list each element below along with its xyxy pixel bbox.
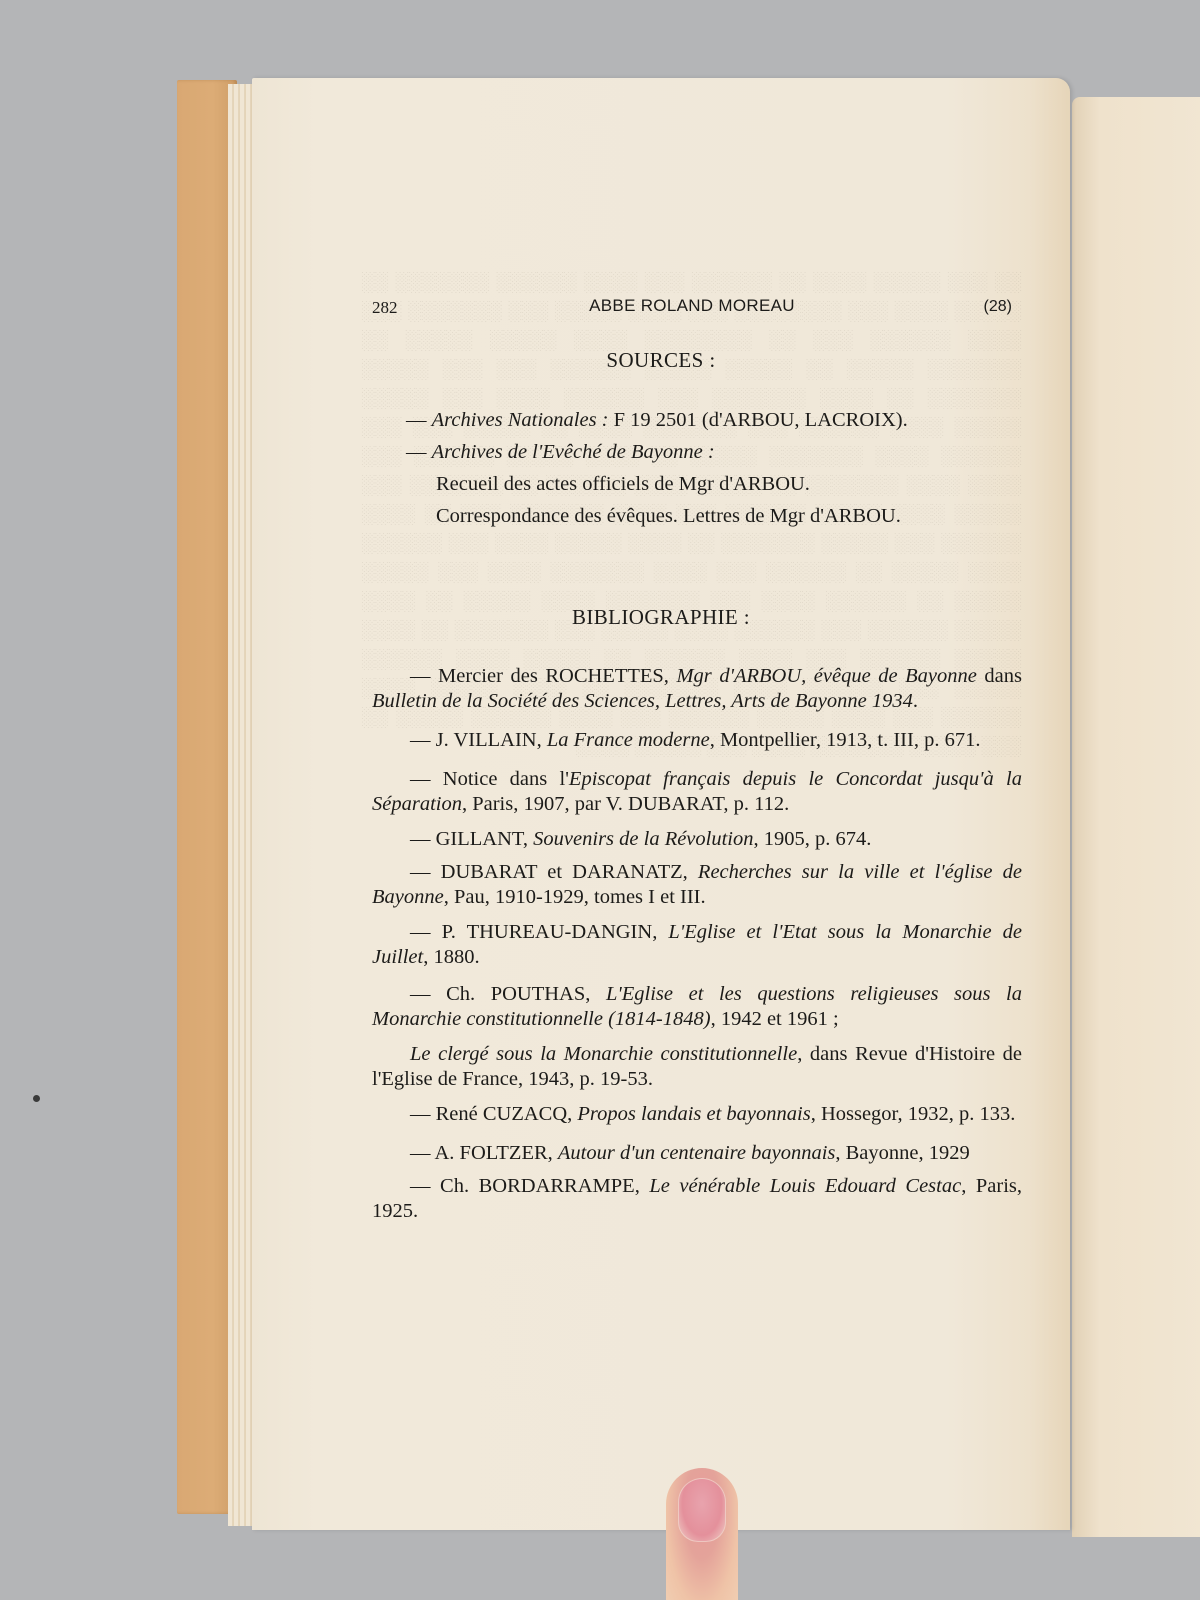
entry-author: — Ch. POUTHAS, (410, 983, 606, 1005)
sources-heading: SOURCES : (252, 348, 1070, 373)
source-sub-item: Recueil des actes officiels de Mgr d'ARB… (372, 472, 1022, 504)
entry-author: — DUBARAT et DARANATZ, (410, 861, 698, 883)
entry-details: . (913, 690, 918, 712)
entry-text: dans (977, 665, 1022, 687)
dust-speck (33, 1095, 40, 1102)
entry-title: Bulletin de la Société des Sciences, Let… (372, 690, 913, 712)
book-page: ░░ ░░░ ░░░░░ ░░░░ ░░ ░░░░░░ ░░░ ░░░░ ░░░… (252, 78, 1070, 1530)
bibliography-entry: — René CUZACQ, Propos landais et bayonna… (372, 1102, 1022, 1127)
entry-details: , Paris, 1907, par V. DUBARAT, p. 112. (462, 793, 789, 815)
bibliography-entry: — P. THUREAU-DANGIN, L'Eglise et l'Etat … (372, 920, 1022, 970)
sources-list: — Archives Nationales : F 19 2501 (d'ARB… (372, 408, 1022, 536)
source-archive-ref: F 19 2501 (d'ARBOU, LACROIX). (609, 409, 908, 431)
entry-author: — J. VILLAIN, (410, 729, 547, 751)
bibliography-entry: — J. VILLAIN, La France moderne, Montpel… (372, 728, 1022, 753)
running-head: 282 ABBE ROLAND MOREAU (28) (372, 292, 1012, 322)
entry-author: — Mercier des ROCHETTES, (410, 665, 676, 687)
bibliography-entry: — Notice dans l'Episcopat français depui… (372, 767, 1022, 817)
source-sub-item: Correspondance des évêques. Lettres de M… (372, 504, 1022, 536)
bibliography-list: — Mercier des ROCHETTES, Mgr d'ARBOU, év… (372, 664, 1022, 1224)
bibliography-entry: — A. FOLTZER, Autour d'un centenaire bay… (372, 1141, 1022, 1166)
bibliography-entry: — Ch. BORDARRAMPE, Le vénérable Louis Ed… (372, 1174, 1022, 1224)
entry-details: , Hossegor, 1932, p. 133. (811, 1103, 1016, 1125)
entry-author: — René CUZACQ, (410, 1103, 577, 1125)
bibliography-heading: BIBLIOGRAPHIE : (252, 605, 1070, 630)
entry-author: — Ch. BORDARRAMPE, (410, 1175, 649, 1197)
bibliography-entry: — GILLANT, Souvenirs de la Révolution, 1… (372, 827, 1022, 852)
section-number: (28) (984, 298, 1012, 316)
page-content: 282 ABBE ROLAND MOREAU (28) SOURCES : — … (252, 78, 1070, 1530)
entry-title: Propos landais et bayonnais (577, 1103, 810, 1125)
fingernail (678, 1478, 726, 1542)
finger-holding-page (666, 1468, 738, 1600)
entry-title: Autour d'un centenaire bayonnais (558, 1142, 835, 1164)
entry-details: , 1942 et 1961 ; (711, 1008, 839, 1030)
entry-details: , 1905, p. 674. (754, 828, 872, 850)
source-item: — Archives Nationales : F 19 2501 (d'ARB… (372, 408, 1022, 440)
bibliography-entry: Le clergé sous la Monarchie constitution… (372, 1042, 1022, 1092)
entry-author: — Notice dans l' (410, 768, 569, 790)
source-archive-title: Archives de l'Evêché de Bayonne : (432, 441, 715, 463)
entry-title: Mgr d'ARBOU, évêque de Bayonne (676, 665, 976, 687)
entry-details: , Montpellier, 1913, t. III, p. 671. (710, 729, 981, 751)
bibliography-entry: — DUBARAT et DARANATZ, Recherches sur la… (372, 860, 1022, 910)
entry-title: Le clergé sous la Monarchie constitution… (410, 1043, 797, 1065)
entry-title: La France moderne (547, 729, 710, 751)
bibliography-entry: — Ch. POUTHAS, L'Eglise et les questions… (372, 982, 1022, 1032)
source-archive-title: Archives Nationales : (432, 409, 609, 431)
entry-author: — A. FOLTZER, (410, 1142, 558, 1164)
bibliography-entry: — Mercier des ROCHETTES, Mgr d'ARBOU, év… (372, 664, 1022, 714)
source-item: — Archives de l'Evêché de Bayonne : (372, 440, 1022, 472)
facing-page (1072, 97, 1200, 1537)
entry-details: , Pau, 1910-1929, tomes I et III. (444, 886, 706, 908)
entry-title: Souvenirs de la Révolution (533, 828, 753, 850)
entry-title: Le vénérable Louis Edouard Cestac (649, 1175, 961, 1197)
entry-details: , 1880. (423, 946, 479, 968)
entry-author: — GILLANT, (410, 828, 533, 850)
running-head-author: ABBE ROLAND MOREAU (372, 296, 1012, 316)
entry-author: — P. THUREAU-DANGIN, (410, 921, 668, 943)
entry-details: , Bayonne, 1929 (835, 1142, 969, 1164)
